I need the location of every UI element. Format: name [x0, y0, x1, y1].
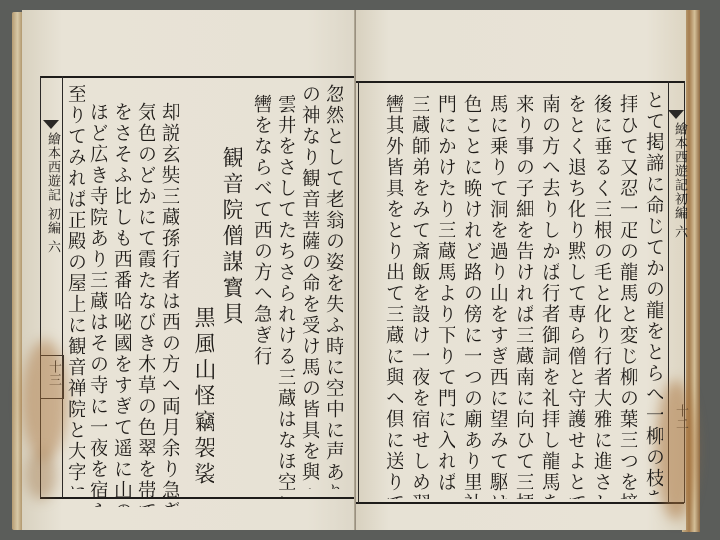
text-column: をとく退ち化り黙して専ら僧と守護せよとて行人ころに去り給ひたまひ — [566, 94, 585, 499]
text-column: 馬に乗りて洞を過り山をすぎ西に望みて駆ければ紅日西に沈みて天 — [488, 94, 507, 499]
right-page: 繪本西遊記初編 六 十二 とて掲諦に命じてかの龍をとらへ一柳の枝をさし河の龍の … — [356, 10, 686, 530]
margin-book-title: 繪本西遊記 初編 六 — [43, 132, 62, 254]
text-column: 色ことに晩けれど路の傍に一つの廟あり里社祠と大字を書て — [462, 94, 481, 499]
text-column: 来り事の子細を告ければ三蔵南に向ひて三拝しやさ — [514, 94, 533, 499]
chapter-heading: 黒風山怪竊袈裟 — [192, 306, 214, 488]
left-page: 繪本西遊記 初編 六 十三 忽然として老翁の姿を失ふ時に空中に声ありて我は洛迦山… — [22, 10, 358, 530]
text-column: 後に垂るく三根の毛と化り行者大雅に進さしむ此三根の毛其災ひ — [592, 94, 611, 499]
fishtail-mark-icon — [43, 120, 59, 129]
bottom-border-line — [356, 502, 684, 504]
text-column: ほど広き寺院あり三蔵はその寺に一夜を宿らしてかしこに — [88, 102, 107, 507]
water-stain — [22, 340, 68, 460]
text-column: 至りてみれば正殿の屋上に観音禅院と大字にして額をかけたり — [66, 84, 85, 489]
text-column: とて掲諦に命じてかの龍をとらへ一柳の枝をさし河の龍の — [644, 90, 663, 495]
text-column: 轡其外皆具をとり出て三蔵に與へ倶に送りて門を出ければ — [384, 94, 403, 499]
water-stain — [26, 450, 56, 500]
text-column: 雲井をさしてたちさられける三蔵はなほ空に向ひて礼拝し又馬 — [276, 94, 295, 499]
margin-book-title: 繪本西遊記初編 六 — [670, 122, 689, 239]
top-border-line — [40, 76, 358, 78]
top-border-line — [356, 81, 684, 83]
text-column: 三蔵師弟をみて斎飯を設け一夜を宿せしめ翌朝馬の鞍 — [410, 94, 429, 499]
text-column: をさそふ比しも西番哈咇國をすぎて遥に山の凹の下に樓閣建て — [112, 102, 131, 507]
text-column: 轡をならべて西の方へ急ぎ行 — [252, 94, 271, 367]
text-column: 南の方へ去りしかば行者御詞を礼拝し龍馬を牽て三蔵の前に — [540, 94, 559, 499]
text-column: 忽然として老翁の姿を失ふ時に空中に声ありて我は洛迦山 — [324, 84, 343, 489]
chapter-heading: 観音院僧謀寳貝 — [220, 146, 242, 328]
text-block-rule — [358, 81, 359, 503]
fishtail-mark-icon — [668, 110, 684, 119]
text-column: 却説玄奘三蔵孫行者は西の方へ両月余り急ぎ行に已に春の — [160, 102, 179, 507]
text-column: 門にかけたり三蔵馬より下りて門に入れば一人の老翁あり — [436, 94, 455, 499]
text-column: 拝ひて又忍一疋の龍馬と変じ柳の葉三つを摘て行者の額 — [618, 94, 637, 499]
text-column: 気色のどかにて霞たなびき木草の色翠を帯て猿のあはれ — [136, 102, 155, 507]
text-column: の神なり観音菩薩の命を受け馬の皆具を與へ汝が為に三蔵 — [300, 84, 319, 489]
open-book: 繪本西遊記 初編 六 十三 忽然として老翁の姿を失ふ時に空中に声ありて我は洛迦山… — [0, 0, 720, 540]
